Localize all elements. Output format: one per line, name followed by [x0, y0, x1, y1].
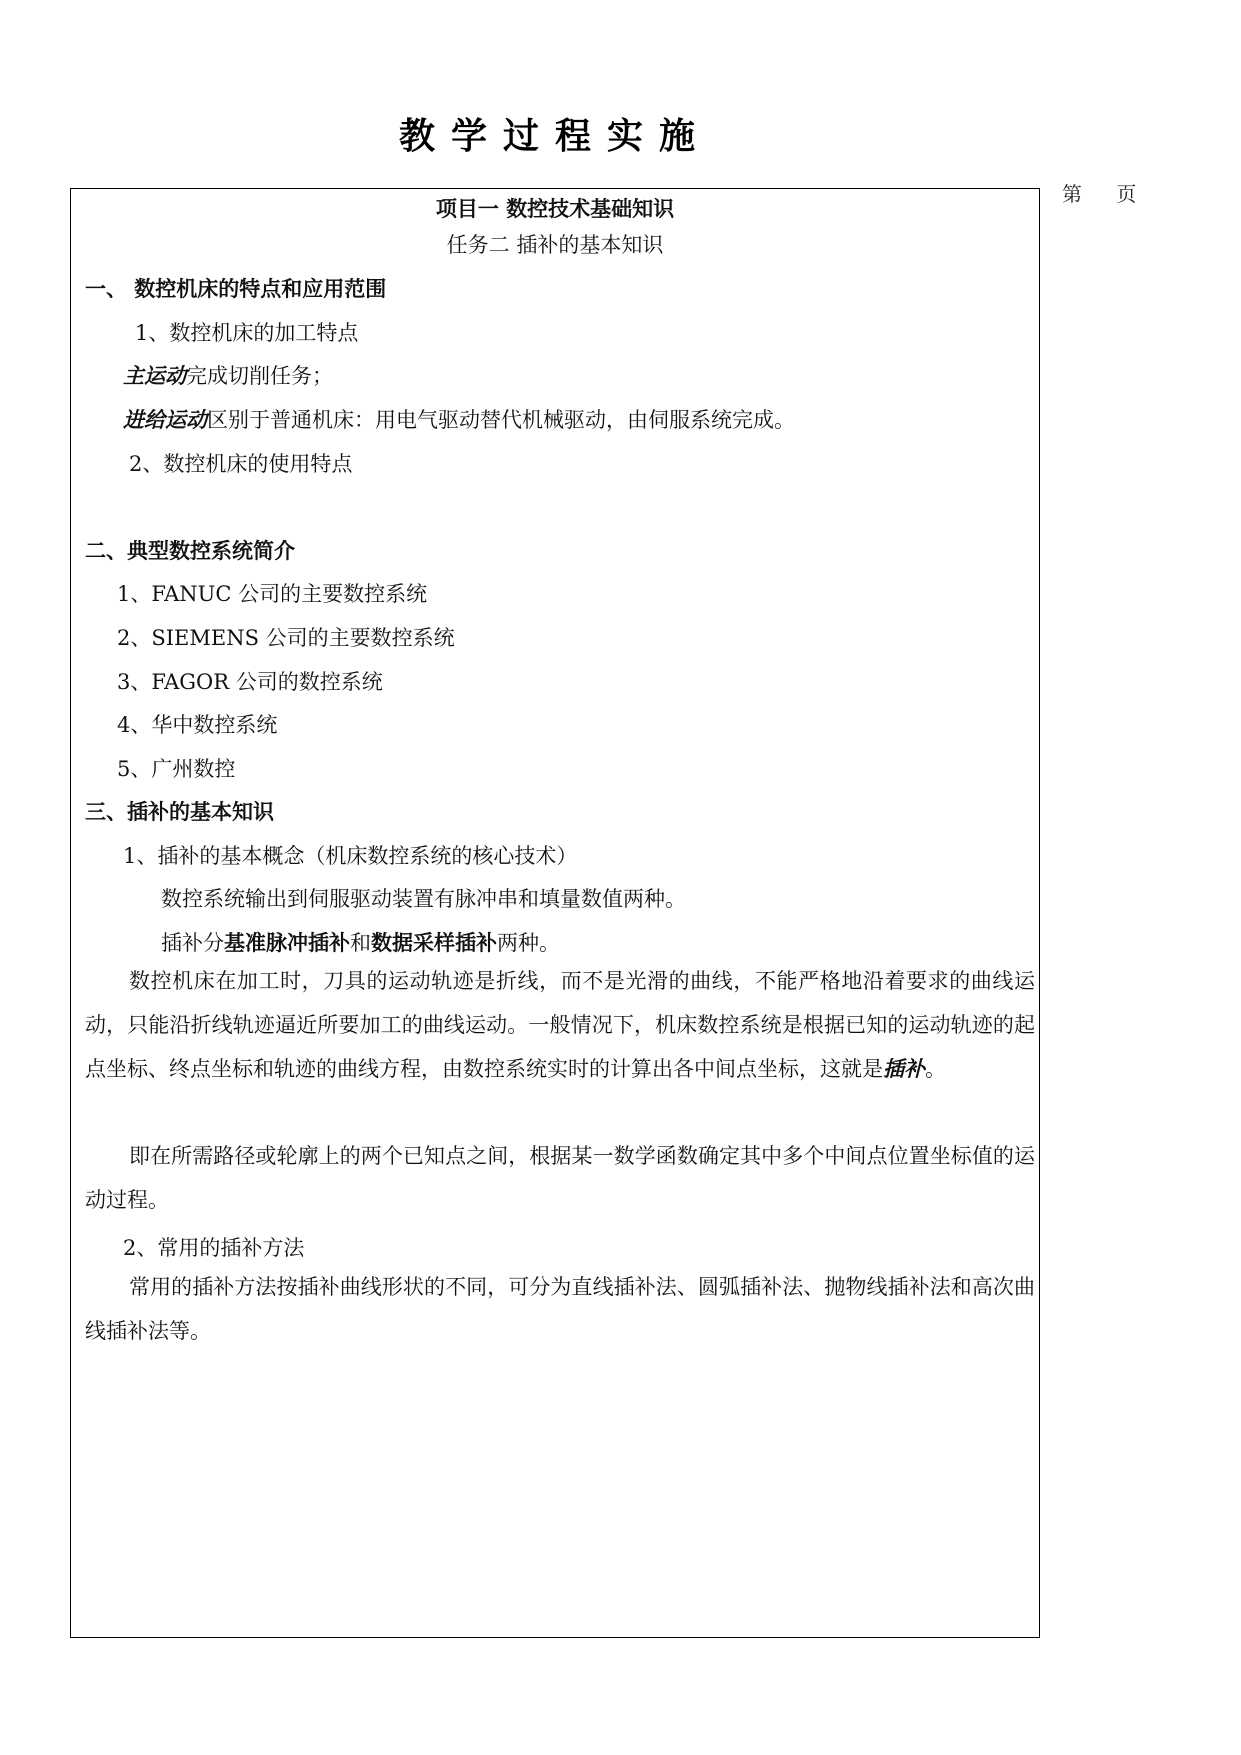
section2-heading: 二、典型数控系统简介: [85, 535, 295, 565]
output-line: 数控系统输出到伺服驱动装置有脉冲串和填量数值两种。: [161, 883, 686, 913]
project-title: 项目一 数控技术基础知识: [71, 193, 1039, 223]
types-prefix: 插补分: [161, 931, 224, 955]
content-box: 项目一 数控技术基础知识 任务二 插补的基本知识 一、 数控机床的特点和应用范围…: [70, 188, 1040, 1638]
paragraph-definition: 数控机床在加工时，刀具的运动轨迹是折线，而不是光滑的曲线，不能严格地沿着要求的曲…: [85, 959, 1035, 1091]
main-motion-line: 主运动完成切削任务；: [123, 360, 333, 390]
types-suffix: 两种。: [497, 931, 560, 955]
document-title: 教学过程实施: [0, 108, 1110, 159]
page-number-label: 第 页: [1062, 178, 1136, 207]
main-motion-text: 完成切削任务；: [186, 364, 333, 388]
section1-item2: 2、数控机床的使用特点: [129, 448, 352, 478]
section2-item: 2、SIEMENS 公司的主要数控系统: [117, 622, 455, 652]
section2-item: 1、FANUC 公司的主要数控系统: [117, 578, 427, 608]
section3-heading: 三、插补的基本知识: [85, 796, 274, 826]
section1-item1: 1、数控机床的加工特点: [135, 317, 358, 347]
section2-item: 5、广州数控: [117, 753, 235, 783]
section2-item: 4、华中数控系统: [117, 709, 277, 739]
feed-motion-term: 进给运动: [123, 408, 207, 432]
paragraph-explanation: 即在所需路径或轮廓上的两个已知点之间，根据某一数学函数确定其中多个中间点位置坐标…: [85, 1134, 1035, 1222]
paragraph-methods: 常用的插补方法按插补曲线形状的不同，可分为直线插补法、圆弧插补法、抛物线插补法和…: [85, 1265, 1035, 1353]
types-and: 和: [350, 931, 371, 955]
interpolation-types-line: 插补分基准脉冲插补和数据采样插补两种。: [161, 927, 560, 957]
feed-motion-text: 区别于普通机床：用电气驱动替代机械驱动，由伺服系统完成。: [207, 408, 795, 432]
type-a: 基准脉冲插补: [224, 931, 350, 955]
main-motion-term: 主运动: [123, 364, 186, 388]
feed-motion-line: 进给运动区别于普通机床：用电气驱动替代机械驱动，由伺服系统完成。: [123, 404, 795, 434]
type-b: 数据采样插补: [371, 931, 497, 955]
task-title: 任务二 插补的基本知识: [71, 229, 1039, 259]
section2-item: 3、FAGOR 公司的数控系统: [117, 666, 383, 696]
section3-item2: 2、常用的插补方法: [123, 1232, 304, 1262]
section3-item1: 1、插补的基本概念（机床数控系统的核心技术）: [123, 840, 577, 870]
para1-term: 插补: [883, 1057, 925, 1081]
para1-end: 。: [925, 1057, 946, 1081]
section1-heading: 一、 数控机床的特点和应用范围: [85, 273, 386, 303]
